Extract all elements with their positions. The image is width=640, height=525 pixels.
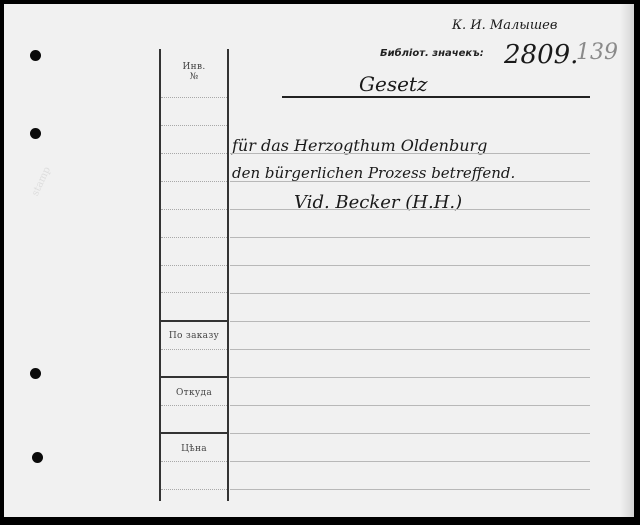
punch-hole [30, 128, 41, 139]
rule-line [230, 377, 590, 378]
rule-line [161, 292, 227, 293]
rule-line [230, 433, 590, 434]
rule-line [230, 293, 590, 294]
rule-line [230, 209, 590, 210]
entry-line-2: den bürgerlichen Prozess betreffend. [232, 164, 515, 182]
rule-line [161, 125, 227, 126]
price-label: Цѣна [161, 444, 227, 454]
rule-line [161, 405, 227, 406]
rule-line [230, 461, 590, 462]
entry-title: Gesetz [359, 72, 428, 96]
rule-line [230, 237, 590, 238]
faint-stamp: stamp [30, 165, 53, 198]
rule-line [161, 265, 227, 266]
library-mark-label: Библiот. значекъ: [380, 48, 484, 59]
right-column-border [227, 49, 229, 501]
rule-line [161, 209, 227, 210]
rule-line [161, 461, 227, 462]
inventory-label: Инв. № [161, 62, 227, 82]
pencil-note: 139 [576, 40, 618, 65]
rule-line [230, 181, 590, 182]
section-divider [161, 432, 227, 434]
punch-hole [30, 50, 41, 61]
owner-signature: К. И. Малышев [452, 18, 557, 33]
rule-line [230, 405, 590, 406]
rule-line [161, 181, 227, 182]
rule-line [161, 349, 227, 350]
rule-line [161, 153, 227, 154]
rule-line [230, 265, 590, 266]
rule-line [230, 153, 590, 154]
source-label: Откуда [161, 388, 227, 398]
punch-hole [32, 452, 43, 463]
order-label: По заказу [161, 331, 227, 341]
rule-line [230, 321, 590, 322]
title-underline [282, 96, 590, 98]
punch-hole [30, 368, 41, 379]
rule-line [230, 349, 590, 350]
section-divider [161, 320, 227, 322]
library-mark-number: 2809. [504, 40, 578, 70]
section-divider [161, 376, 227, 378]
rule-line [230, 489, 590, 490]
rule-line [161, 489, 227, 490]
catalog-card: stamp К. И. Малышев Библiот. значекъ: 28… [4, 4, 634, 517]
rule-line [161, 97, 227, 98]
rule-line [161, 237, 227, 238]
